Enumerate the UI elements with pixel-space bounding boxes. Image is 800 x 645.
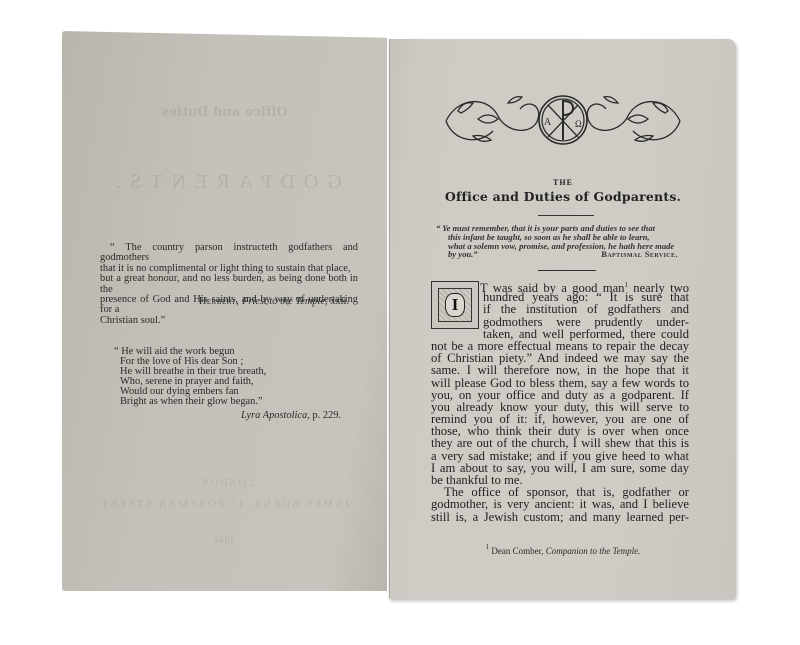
epigraph-source: Baptismal Service. — [601, 250, 678, 259]
poem-attribution: Lyra Apostolica, p. 229. — [241, 410, 341, 421]
body-text: T was said by a good man1 nearly two hun… — [431, 279, 689, 523]
showthrough-year: 1844 — [62, 535, 387, 546]
showthrough-publisher: JAMES BURNS, 17 PORTMAN STREET — [62, 498, 387, 510]
showthrough-place: LONDON: — [62, 478, 387, 489]
divider-rule — [538, 270, 596, 271]
epigraph: “ Ye must remember, that it is your part… — [436, 224, 690, 259]
chi-rho-ornament-icon: A Ω — [438, 91, 688, 149]
the-label: THE — [390, 178, 736, 187]
showthrough-title: Office and Duties — [62, 105, 387, 120]
showthrough-heading: GODPARENTS. — [62, 171, 387, 194]
poem-verse: “ He will aid the work begun For the lov… — [114, 347, 266, 407]
right-page: A Ω THE Office and Duties of Godparents.… — [389, 39, 736, 599]
svg-text:Ω: Ω — [575, 119, 582, 129]
herbert-attribution: Herbert, Priest to the Temple, xxii. — [199, 296, 349, 307]
footnote: 1 Dean Comber, Companion to the Temple. — [390, 543, 736, 556]
divider-rule — [538, 215, 594, 216]
svg-text:A: A — [544, 117, 552, 128]
left-page: Office and Duties GODPARENTS. LONDON: JA… — [62, 31, 387, 591]
herbert-quote: “ The country parson instructeth godfath… — [100, 243, 358, 326]
chapter-title: Office and Duties of Godparents. — [390, 189, 736, 204]
